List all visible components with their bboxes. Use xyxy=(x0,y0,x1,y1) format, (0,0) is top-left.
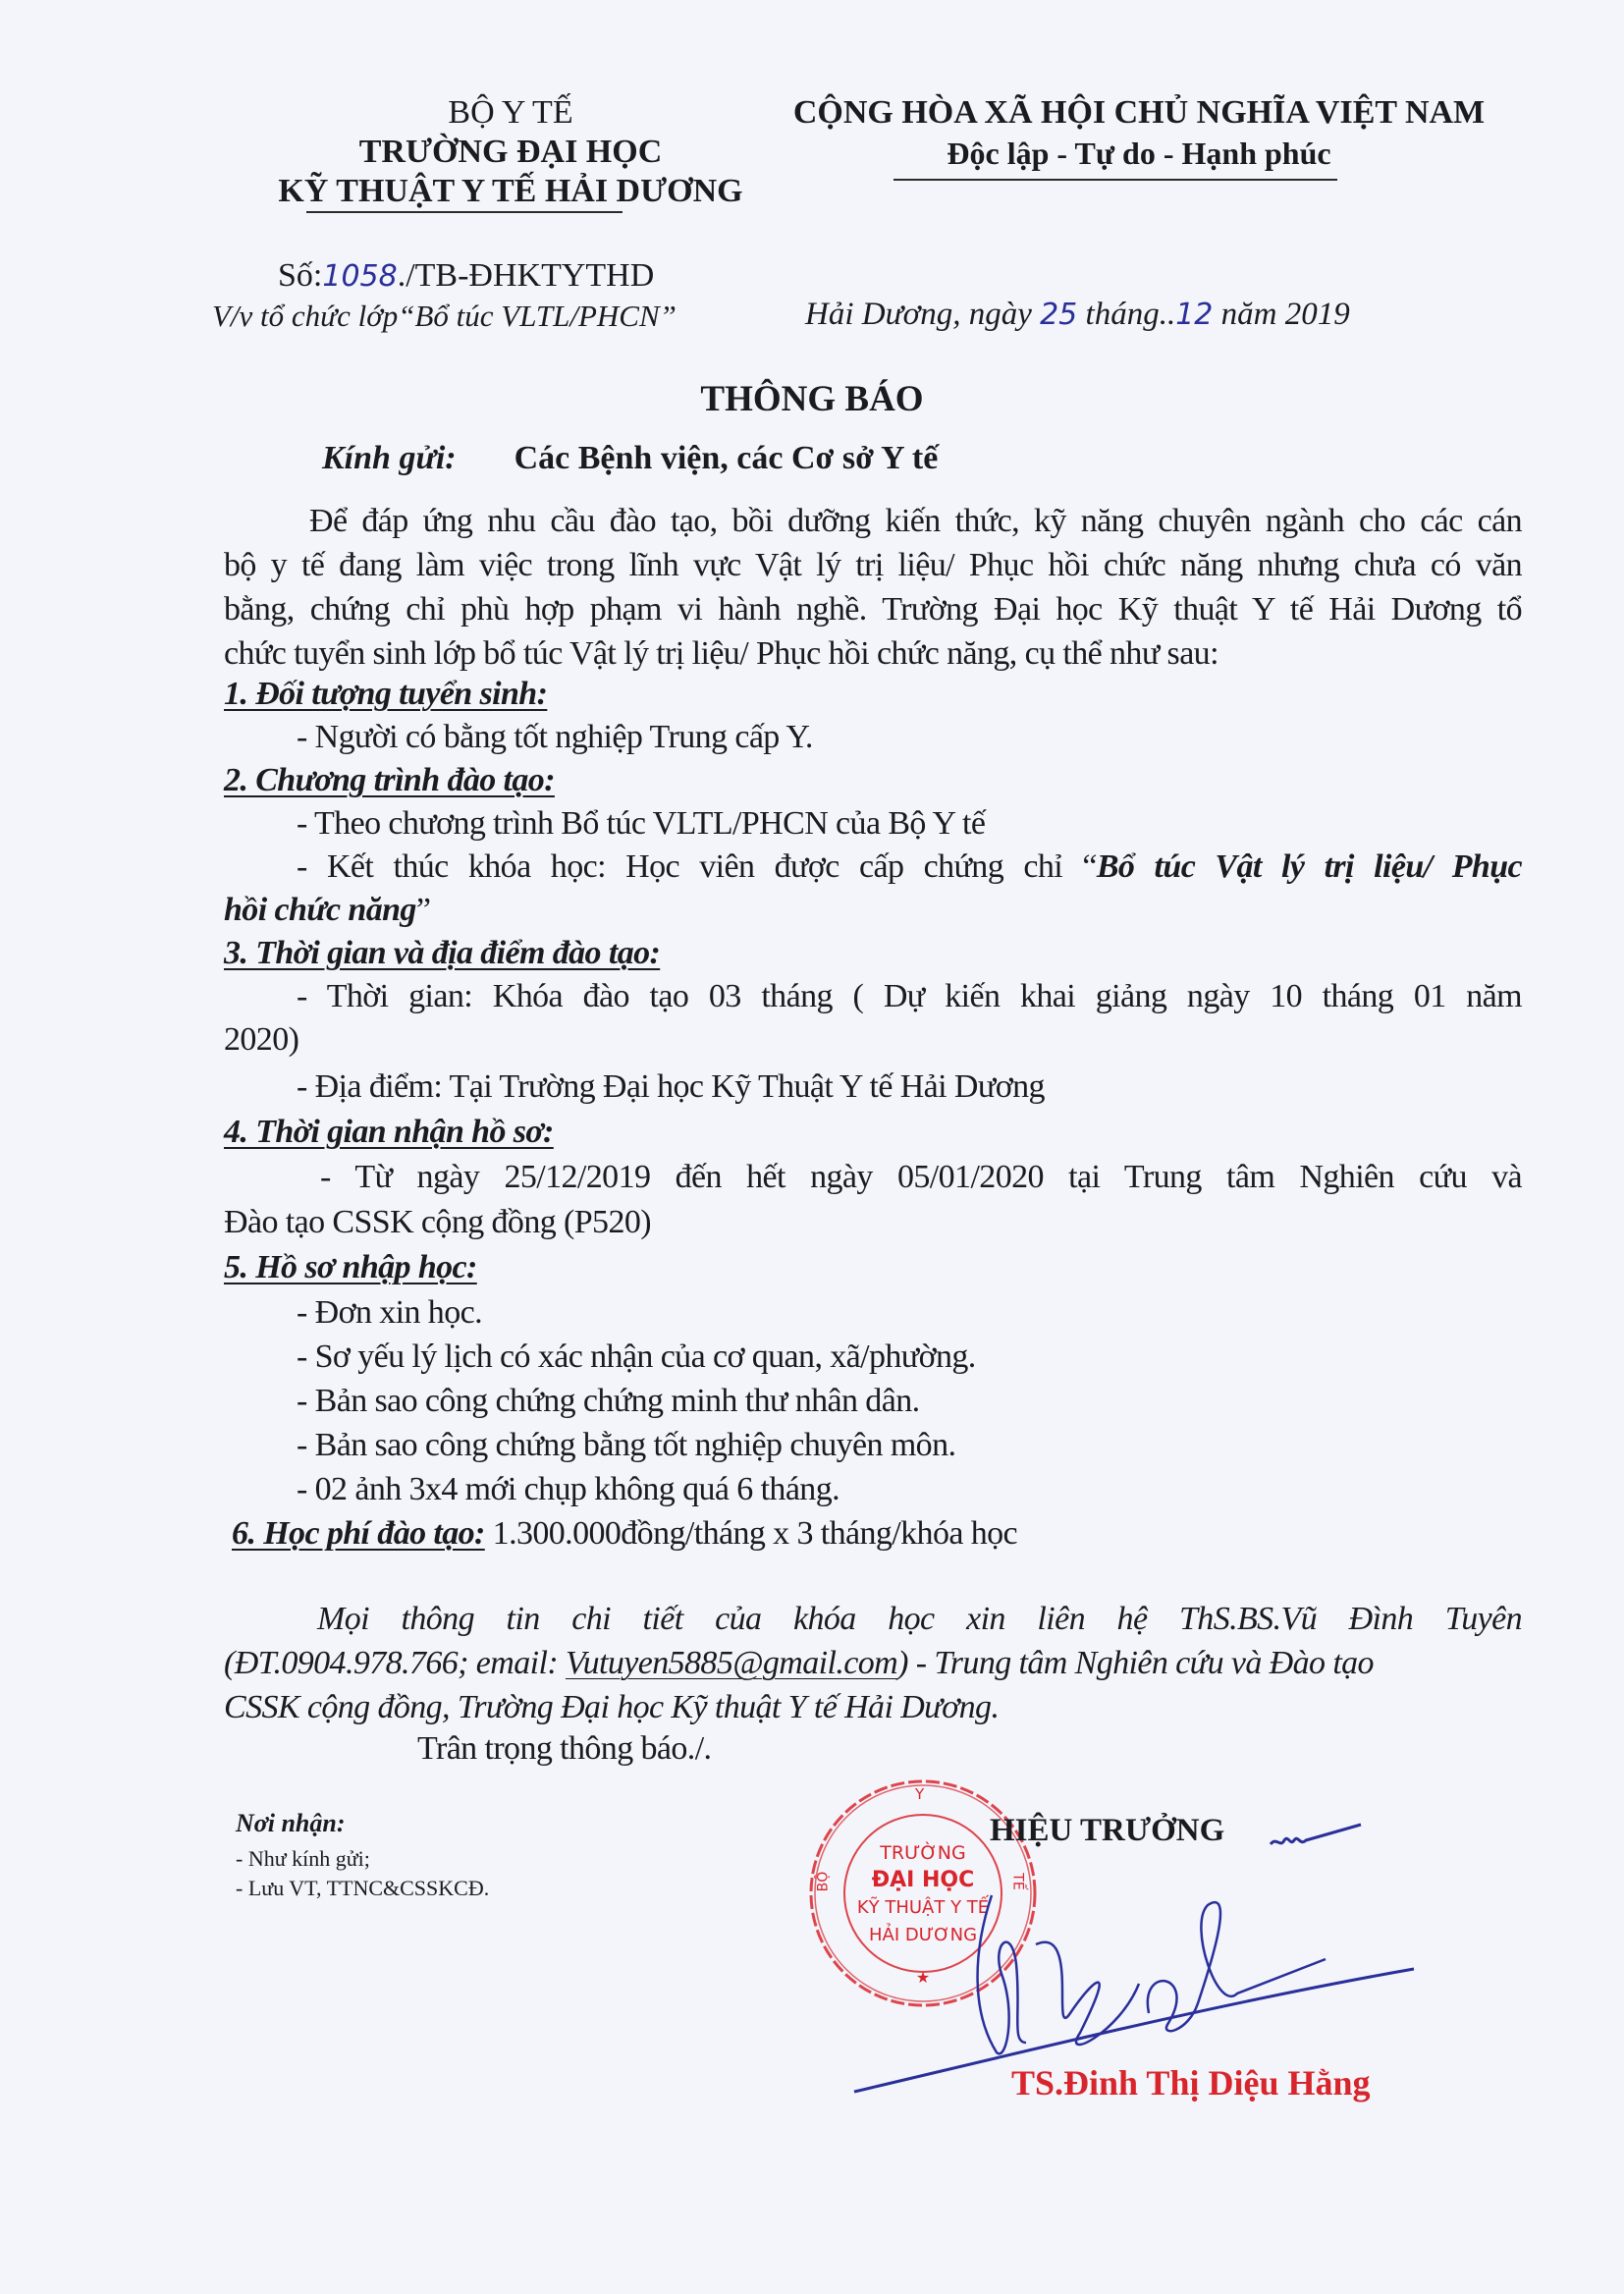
doc-number: Số:1058./TB-ĐHKTYTHD xyxy=(278,257,654,295)
stamp-line-1: TRƯỜNG xyxy=(844,1842,1001,1864)
school-name-line1: TRƯỜNG ĐẠI HỌC xyxy=(236,134,785,171)
date-suffix: năm 2019 xyxy=(1221,297,1350,332)
section-2-item-1: - Theo chương trình Bổ túc VLTL/PHCN của… xyxy=(297,805,985,843)
contact-phone: (ĐT.0904.978.766; email: xyxy=(224,1645,566,1681)
recipients-label: Nơi nhận: xyxy=(236,1809,346,1838)
contact-center: ) - Trung tâm Nghiên cứu và Đào tạo xyxy=(897,1645,1374,1681)
intro-line-1: Để đáp ứng nhu cầu đào tạo, bồi dưỡng ki… xyxy=(309,503,1522,540)
motto-underline xyxy=(893,179,1337,181)
tuition-value: 1.300.000đồng/tháng x 3 tháng/khóa học xyxy=(493,1515,1017,1552)
section-1-item: - Người có bằng tốt nghiệp Trung cấp Y. xyxy=(297,719,813,756)
recipient-line: Kính gửi: Các Bệnh viện, các Cơ sở Y tế xyxy=(322,440,938,477)
closing-line: Trân trọng thông báo./. xyxy=(417,1730,711,1768)
doc-number-prefix: Số: xyxy=(278,257,322,294)
certificate-name-part1: Bổ túc Vật lý trị liệu/ Phục xyxy=(1097,848,1522,885)
intro-line-2: bộ y tế đang làm việc trong lĩnh vực Vật… xyxy=(224,547,1522,584)
section-2-heading: 2. Chương trình đào tạo: xyxy=(224,762,555,799)
doc-number-handwritten: 1058 xyxy=(322,259,397,294)
stamp-top-letter: Y xyxy=(915,1785,924,1803)
section-3-heading: 3. Thời gian và địa điểm đào tạo: xyxy=(224,935,660,972)
section-2-item-2-line1: - Kết thúc khóa học: Học viên được cấp c… xyxy=(297,848,1522,886)
contact-line-3: CSSK cộng đồng, Trường Đại học Kỹ thuật … xyxy=(224,1689,999,1726)
section-5-item-5: - 02 ảnh 3x4 mới chụp không quá 6 tháng. xyxy=(297,1471,839,1508)
section-5-item-2: - Sơ yếu lý lịch có xác nhận của cơ quan… xyxy=(297,1338,976,1376)
date-prefix: Hải Dương, ngày xyxy=(805,297,1032,332)
contact-email-link[interactable]: Vutuyen5885@gmail.com xyxy=(566,1645,897,1681)
intro-line-3: bằng, chứng chỉ phù hợp phạm vi hành ngh… xyxy=(224,591,1522,628)
school-name-line2: KỸ THUẬT Y TẾ HẢI DƯƠNG xyxy=(196,173,825,210)
intro-line-4: chức tuyển sinh lớp bổ túc Vật lý trị li… xyxy=(224,635,1218,673)
section-6-line: 6. Học phí đào tạo: 1.300.000đồng/tháng … xyxy=(232,1515,1017,1553)
section-1-heading: 1. Đối tượng tuyển sinh: xyxy=(224,676,547,713)
section-5-item-1: - Đơn xin học. xyxy=(297,1294,482,1332)
document-title: THÔNG BÁO xyxy=(0,378,1624,420)
school-underline xyxy=(306,211,623,213)
section-4-line2: Đào tạo CSSK cộng đồng (P520) xyxy=(224,1204,651,1241)
recipient-value: Các Bệnh viện, các Cơ sở Y tế xyxy=(514,440,939,476)
certificate-prefix: - Kết thúc khóa học: Học viên được cấp c… xyxy=(297,848,1097,885)
date-day-handwritten: 25 xyxy=(1040,298,1077,332)
section-5-item-4: - Bản sao công chứng bằng tốt nghiệp chu… xyxy=(297,1427,955,1464)
section-2-item-2-line2: hồi chức năng” xyxy=(224,892,430,929)
subject-line: V/v tổ chức lớp“Bổ túc VLTL/PHCN” xyxy=(212,299,677,334)
section-4-heading: 4. Thời gian nhận hồ sơ: xyxy=(224,1114,554,1151)
recipient-label: Kính gửi: xyxy=(322,440,457,476)
section-3-time-line2: 2020) xyxy=(224,1021,298,1059)
certificate-close-quote: ” xyxy=(416,892,431,928)
signer-position: HIỆU TRƯỞNG xyxy=(990,1813,1224,1849)
recipients-item-1: - Như kính gửi; xyxy=(236,1846,370,1872)
section-5-item-3: - Bản sao công chứng chứng minh thư nhân… xyxy=(297,1383,920,1420)
section-3-place: - Địa điểm: Tại Trường Đại học Kỹ Thuật … xyxy=(297,1068,1045,1106)
issue-date: Hải Dương, ngày 25 tháng..12 năm 2019 xyxy=(805,297,1350,333)
contact-line-1: Mọi thông tin chi tiết của khóa học xin … xyxy=(317,1601,1522,1638)
section-3-time-line1: - Thời gian: Khóa đào tạo 03 tháng ( Dự … xyxy=(297,978,1522,1015)
section-4-line1: - Từ ngày 25/12/2019 đến hết ngày 05/01/… xyxy=(320,1159,1522,1196)
signer-name: TS.Đinh Thị Diệu Hằng xyxy=(1011,2062,1370,2103)
ministry-name: BỘ Y TẾ xyxy=(285,94,736,132)
contact-line-2: (ĐT.0904.978.766; email: Vutuyen5885@gma… xyxy=(224,1645,1374,1682)
date-month-handwritten: 12 xyxy=(1175,298,1213,332)
doc-number-suffix: ./TB-ĐHKTYTHD xyxy=(398,257,655,294)
section-5-heading: 5. Hồ sơ nhập học: xyxy=(224,1249,477,1286)
section-6-heading: 6. Học phí đào tạo: xyxy=(232,1515,485,1552)
initial-flourish-icon xyxy=(1267,1819,1365,1854)
certificate-name-part2: hồi chức năng xyxy=(224,892,416,928)
nation-title: CỘNG HÒA XÃ HỘI CHỦ NGHĨA VIỆT NAM xyxy=(756,94,1522,132)
recipients-item-2: - Lưu VT, TTNC&CSSKCĐ. xyxy=(236,1876,489,1901)
national-motto: Độc lập - Tự do - Hạnh phúc xyxy=(756,136,1522,172)
date-mid: tháng.. xyxy=(1086,297,1176,332)
